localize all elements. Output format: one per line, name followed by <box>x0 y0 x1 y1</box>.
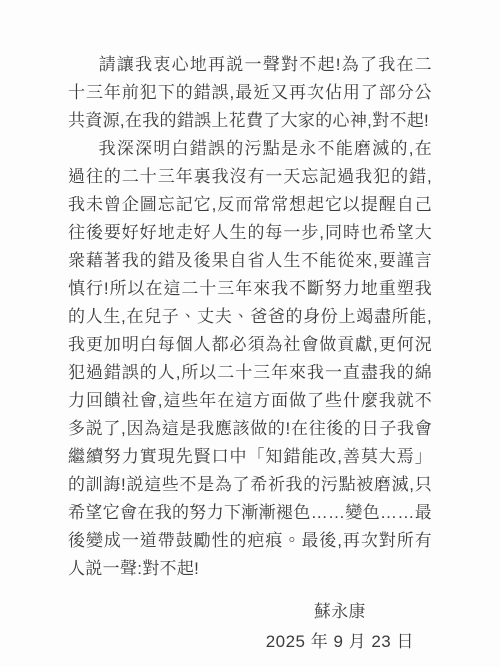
signature-date: 2025 年 9 月 23 日 <box>266 628 414 656</box>
letter-body: 請讓我衷心地再説一聲對不起!為了我在二十三年前犯下的錯誤,最近又再次佔用了部分公… <box>68 51 432 583</box>
signature-name: 蘇永康 <box>266 598 414 626</box>
letter-paragraph: 請讓我衷心地再説一聲對不起!為了我在二十三年前犯下的錯誤,最近又再次佔用了部分公… <box>68 51 432 135</box>
letter-paragraph: 我深深明白錯誤的污點是永不能磨滅的,在過往的二十三年裏我沒有一天忘記過我犯的錯,… <box>68 135 432 583</box>
signature-block: 蘇永康 2025 年 9 月 23 日 <box>266 598 414 656</box>
apology-letter-page: 請讓我衷心地再説一聲對不起!為了我在二十三年前犯下的錯誤,最近又再次佔用了部分公… <box>0 0 500 667</box>
